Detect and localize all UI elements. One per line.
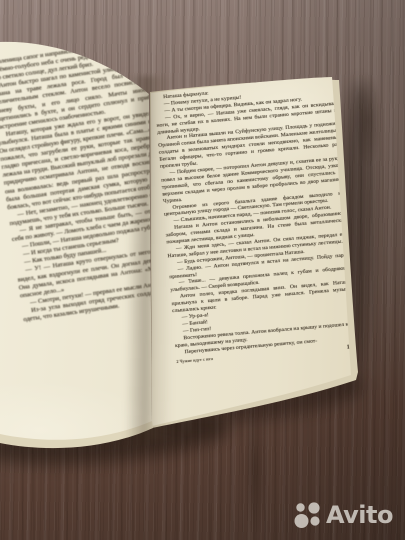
signature-footnote: 2 Чужие идут с юга	[176, 356, 213, 366]
right-page-text: Наташа фыркнула:— Почему петухи, а не ку…	[154, 80, 357, 367]
right-page-paragraphs: Наташа фыркнула:— Почему петухи, а не ку…	[154, 80, 356, 357]
avito-watermark: Avito	[292, 500, 393, 530]
avito-label: Avito	[326, 503, 393, 527]
avito-dots-logo-icon	[292, 500, 322, 530]
book-photo: Наташа фыркнула:— Почему петухи, а не ку…	[0, 0, 405, 540]
book-spine-gutter	[124, 76, 175, 440]
